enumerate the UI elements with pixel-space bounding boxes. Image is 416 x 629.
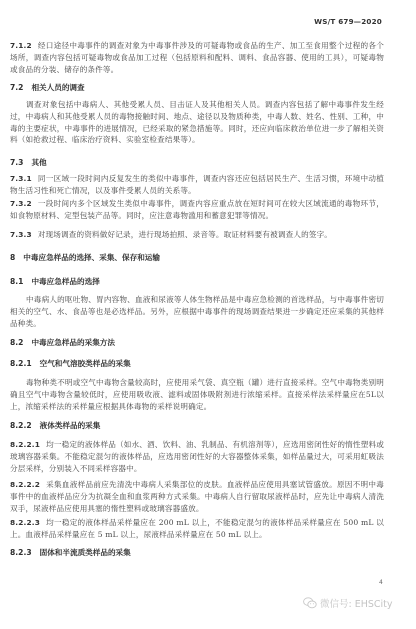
- paragraph: 毒物种类不明或空气中毒物含量较高时，应使用采气袋、真空瓶（罐）进行直接采样。空气…: [10, 377, 384, 412]
- watermark-text: 微信号: EHSCity: [320, 596, 393, 610]
- section-heading: 7.2相关人员的调查: [10, 82, 384, 94]
- section-8-2: 8.2中毒应急样品的采集方法: [10, 337, 384, 349]
- section-heading: 8.2中毒应急样品的采集方法: [10, 337, 384, 349]
- clause-7-3-3: 7.3.3对现场调查的资料做好记录，进行现场拍照、录音等。取证材料要有被调查人的…: [10, 229, 384, 241]
- section-8-2-3: 8.2.3固体和半流质类样品的采集: [10, 547, 384, 559]
- section-heading: 7.3其他: [10, 157, 384, 169]
- chapter-heading: 8中毒应急样品的选择、采集、保存和运输: [10, 252, 384, 264]
- section-7-2: 7.2相关人员的调查: [10, 82, 384, 94]
- section-8-1: 8.1中毒应急样品的选择: [10, 276, 384, 288]
- section-heading: 8.1中毒应急样品的选择: [10, 276, 384, 288]
- chapter-8: 8中毒应急样品的选择、采集、保存和运输: [10, 252, 384, 264]
- clause-number: 7.1.2: [10, 41, 32, 50]
- clause-8-2-2-3: 8.2.2.3均一稳定的液体样品采样量应在 200 mL 以上，不能稳定混匀的液…: [10, 517, 384, 541]
- document-page: WS/T 679—2020 7.1.2经口途径中毒事件的调查对象为中毒事件涉及的…: [0, 0, 416, 629]
- clause-7-3-2: 7.3.2一段时间内多个区域发生类似中毒事件，调查内容应重点放在短时间可在较大区…: [10, 198, 384, 222]
- subsection-heading: 8.2.3固体和半流质类样品的采集: [10, 547, 384, 559]
- section-8-2-1-body: 毒物种类不明或空气中毒物含量较高时，应使用采气袋、真空瓶（罐）进行直接采样。空气…: [10, 377, 384, 412]
- section-8-2-1: 8.2.1空气和气溶胶类样品的采集: [10, 358, 384, 370]
- section-8-1-body: 中毒病人的呕吐物、胃内容物、血液和尿液等人体生物样品是中毒应急检测的首选样品，与…: [10, 294, 384, 329]
- clause-8-2-2-2: 8.2.2.2采集血液样品前应先清洗中毒病人采集部位的皮肤。血液样品应使用具塞试…: [10, 479, 384, 514]
- subsection-heading: 8.2.1空气和气溶胶类样品的采集: [10, 358, 384, 370]
- wechat-icon: [303, 597, 317, 609]
- paragraph: 中毒病人的呕吐物、胃内容物、血液和尿液等人体生物样品是中毒应急检测的首选样品，与…: [10, 294, 384, 329]
- clause-7-3-1: 7.3.1同一区域一段时间内反复发生的类似中毒事件，调查内容还应包括居民生产、生…: [10, 173, 384, 197]
- standard-code: WS/T 679—2020: [314, 17, 382, 26]
- clause-text: 经口途径中毒事件的调查对象为中毒事件涉及的可疑毒物或食品的生产、加工至食用整个过…: [10, 41, 384, 74]
- section-8-2-2: 8.2.2液体类样品的采集: [10, 420, 384, 432]
- watermark: 微信号: EHSCity: [303, 596, 393, 610]
- clause-8-2-2-1: 8.2.2.1均一稳定的液体样品（如水、酒、饮料、油、乳制品、有机溶剂等），应选…: [10, 439, 384, 474]
- section-7-3: 7.3其他: [10, 157, 384, 169]
- subsection-heading: 8.2.2液体类样品的采集: [10, 420, 384, 432]
- paragraph: 调查对象包括中毒病人、其他受累人员、目击证人及其他相关人员。调查内容包括了解中毒…: [10, 99, 384, 146]
- clause-7-1-2: 7.1.2经口途径中毒事件的调查对象为中毒事件涉及的可疑毒物或食品的生产、加工至…: [10, 40, 384, 75]
- page-number: 4: [379, 579, 383, 586]
- section-7-2-body: 调查对象包括中毒病人、其他受累人员、目击证人及其他相关人员。调查内容包括了解中毒…: [10, 99, 384, 146]
